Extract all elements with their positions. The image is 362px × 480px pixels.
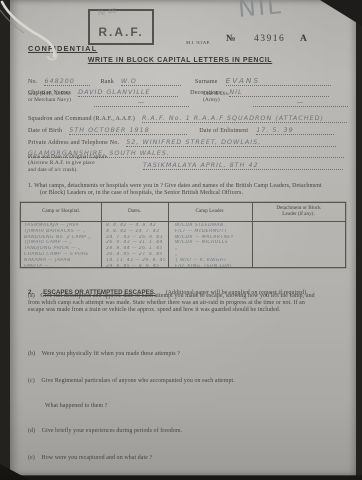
question-2e: (e) How were you recaptured and on what … <box>28 455 152 462</box>
table-row: OMUTA — „29. 8. 45 — 8. 9. 45F/O. KING, … <box>21 264 345 270</box>
document-photo: CONFIDENTIAL R.A.F. № 46 NIL M.I. 9/JAP.… <box>0 0 362 480</box>
table-header-dates: Dates. <box>101 208 168 214</box>
question-2b: (b) Were you physically fit when you mad… <box>28 351 180 358</box>
table-header-detachment: Detachment or Block Leader (if any). <box>252 205 345 217</box>
serial-letter: A <box>300 34 307 44</box>
unit-value: — <box>253 98 348 107</box>
question-2d-label: (d) <box>28 428 35 434</box>
question-2c: (c) Give Regimental particulars of anyon… <box>28 378 235 385</box>
string-tie <box>0 0 80 80</box>
serial-number: 43916 <box>254 34 285 44</box>
pencil-nil-annotation: NIL <box>237 0 284 23</box>
camps-table: Camp or Hospital. Dates. Camp Leader. De… <box>20 202 346 268</box>
field-row-capture: Place and Date of Original Capture (Airc… <box>28 154 348 173</box>
question-2d: (d) Give briefly your experiences during… <box>28 428 182 435</box>
question-2a: (a) Give full description and approx. da… <box>28 293 350 314</box>
capture-label: Place and Date of Original Capture (Airc… <box>28 154 136 173</box>
capture-value: TASIKMALAYA APRIL, 8TH 42 <box>143 161 343 170</box>
table-header-camp: Camp or Hospital. <box>21 208 101 214</box>
question-2c-followup: What happened to them ? <box>45 403 108 410</box>
raf-stamp-label: R.A.F. <box>90 25 152 39</box>
ship-label: Ship (R.N., U.S.N. or Merchant Navy) <box>28 91 88 104</box>
ship-value: — <box>94 98 189 107</box>
question-2c-label: (c) <box>28 378 35 384</box>
table-header-leader: Camp Leader. <box>168 208 252 214</box>
unit-label: Unit & Div. (Army) <box>203 91 247 104</box>
question-2e-label: (e) <box>28 455 35 461</box>
table-header-divider <box>21 221 345 222</box>
question-2a-label: (a) <box>28 293 35 299</box>
photo-bottom-edge <box>0 475 362 480</box>
table-body: TASIKMALAJA — JAVA8. 4. 42 — 4. 8. 42W/C… <box>21 223 345 269</box>
question-2b-label: (b) <box>28 351 35 357</box>
photo-corner-shadow-top-right <box>320 0 362 26</box>
question-1: 1. What camps, detachments or hospitals … <box>28 183 350 197</box>
mi9-reference: M.I. 9/JAP. <box>186 40 210 45</box>
number-sign: № <box>226 34 236 44</box>
